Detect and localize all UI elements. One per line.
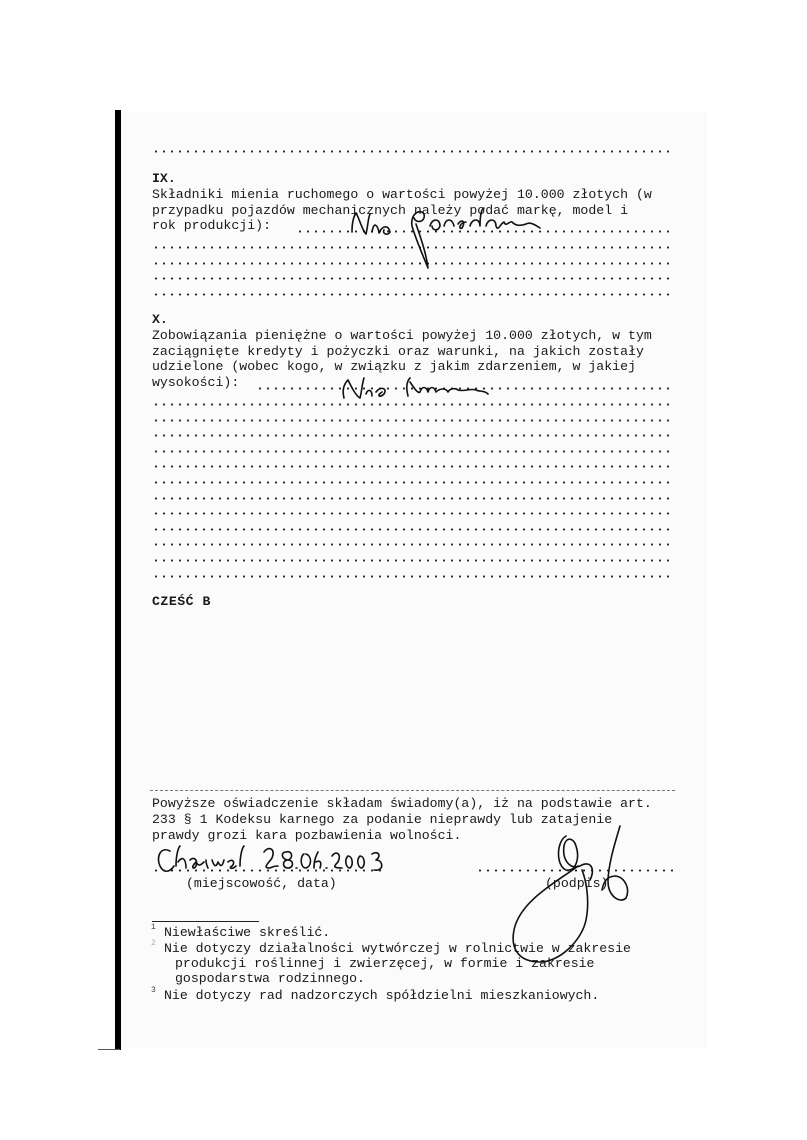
blank-dotted-line[interactable]: [152, 497, 674, 500]
footnote-mark: 2: [151, 939, 156, 948]
scan-edge-bar: [115, 110, 121, 1050]
blank-dotted-line[interactable]: [152, 293, 674, 296]
blank-dotted-line[interactable]: [152, 543, 674, 546]
blank-dotted-line[interactable]: [152, 450, 674, 453]
signature-field[interactable]: [476, 869, 674, 872]
section-ix-text-line: przypadku pojazdów mechanicznych należy …: [152, 203, 674, 219]
scanned-page: [121, 112, 707, 1048]
blank-dotted-line[interactable]: [152, 481, 674, 484]
footnote-mark: 3: [151, 986, 156, 995]
section-x-answer-line[interactable]: [256, 387, 674, 390]
footnote-rule: [152, 921, 259, 922]
section-x-text-line: zaciągnięte kredyty i pożyczki oraz waru…: [152, 344, 674, 360]
blank-dotted-line[interactable]: [152, 528, 674, 531]
blank-dotted-line[interactable]: [152, 512, 674, 515]
blank-dotted-line[interactable]: [152, 434, 674, 437]
declaration-line: 233 § 1 Kodeksu karnego za podanie niepr…: [152, 812, 674, 828]
blank-dotted-line[interactable]: [152, 403, 674, 406]
signature-label: (podpis): [545, 876, 807, 892]
section-ix-number: IX.: [152, 171, 674, 187]
footnote-text: produkcji roślinnej i zwierzęcej, w form…: [175, 956, 594, 972]
footnote-text: gospodarstwa rodzinnego.: [175, 971, 365, 987]
section-x-text-line: Zobowiązania pieniężne o wartości powyże…: [152, 328, 674, 344]
separator-line: [150, 790, 675, 791]
part-b-heading: CZEŚĆ B: [152, 594, 674, 610]
footnote-text: Niewłaściwe skreślić.: [164, 925, 330, 941]
section-x-number: X.: [152, 312, 674, 328]
place-date-field[interactable]: [152, 869, 386, 872]
section-x-text-line: udzielone (wobec kogo, w związku z jakim…: [152, 359, 674, 375]
blank-dotted-line[interactable]: [152, 575, 674, 578]
blank-dotted-line[interactable]: [152, 559, 674, 562]
declaration-line: Powyższe oświadczenie składam świadomy(a…: [152, 796, 674, 812]
footnote-mark: 1: [151, 923, 156, 932]
section-ix-text-line: Składniki mienia ruchomego o wartości po…: [152, 187, 674, 203]
blank-dotted-line[interactable]: [152, 277, 674, 280]
declaration-line: prawdy grozi kara pozbawienia wolności.: [152, 828, 674, 844]
blank-dotted-line[interactable]: [152, 419, 674, 422]
footnote-text: Nie dotyczy działalności wytwórczej w ro…: [164, 941, 631, 957]
footnote-text: Nie dotyczy rad nadzorczych spółdzielni …: [164, 988, 599, 1004]
blank-dotted-line[interactable]: [152, 465, 674, 468]
section-ix-answer-line[interactable]: [296, 230, 674, 233]
blank-dotted-line[interactable]: [152, 246, 674, 249]
blank-dotted-line[interactable]: [152, 262, 674, 265]
dotted-line: [152, 150, 674, 153]
scan-edge-tick: [98, 1049, 120, 1050]
